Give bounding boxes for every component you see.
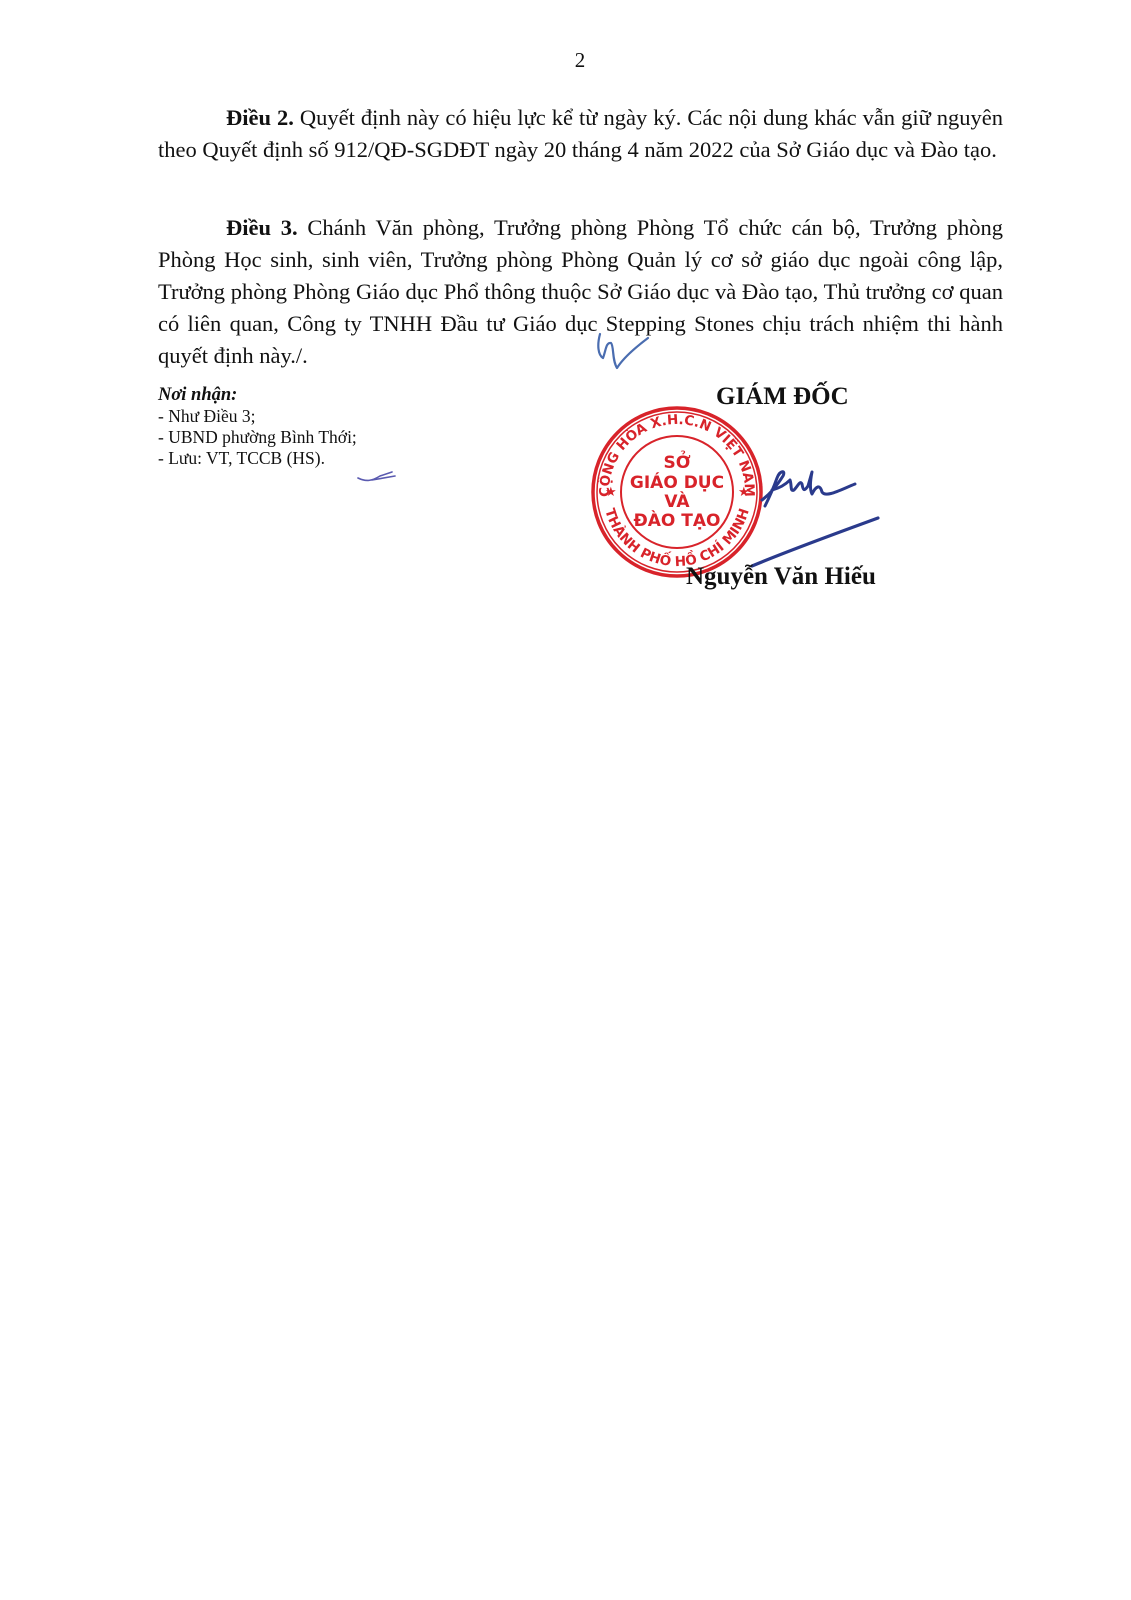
svg-text:GIÁO DỤC: GIÁO DỤC — [630, 471, 724, 493]
recipients-block: Nơi nhận: - Như Điều 3; - UBND phường Bì… — [158, 385, 357, 469]
svg-text:★: ★ — [605, 485, 617, 500]
recipient-initial-mark — [358, 472, 395, 480]
article-3-label: Điều 3. — [226, 215, 298, 240]
article-3: Điều 3. Chánh Văn phòng, Trưởng phòng Ph… — [158, 212, 1003, 372]
seal-ring-bottom: THÀNH PHỐ HỒ CHÍ MINH — [601, 506, 752, 570]
svg-text:★: ★ — [738, 485, 750, 500]
recipient-item: - Như Điều 3; — [158, 406, 357, 427]
svg-text:ĐÀO TẠO: ĐÀO TẠO — [634, 509, 721, 531]
recipient-item: - Lưu: VT, TCCB (HS). — [158, 448, 357, 469]
director-signature — [752, 472, 878, 566]
svg-text:SỞ: SỞ — [663, 449, 690, 473]
seal-ring-top: CỘNG HÒA X.H.C.N VIỆT NAM — [595, 412, 757, 497]
recipients-heading: Nơi nhận: — [158, 385, 357, 406]
official-seal: CỘNG HÒA X.H.C.N VIỆT NAM THÀNH PHỐ HỒ C… — [593, 408, 761, 576]
signer-name: Nguyễn Văn Hiếu — [686, 563, 876, 591]
page-number: 2 — [0, 48, 1131, 73]
article-2-label: Điều 2. — [226, 105, 294, 130]
svg-text:VÀ: VÀ — [664, 490, 690, 512]
signer-title: GIÁM ĐỐC — [716, 383, 849, 411]
recipient-item: - UBND phường Bình Thới; — [158, 427, 357, 448]
article-2: Điều 2. Quyết định này có hiệu lực kể từ… — [158, 102, 1003, 166]
